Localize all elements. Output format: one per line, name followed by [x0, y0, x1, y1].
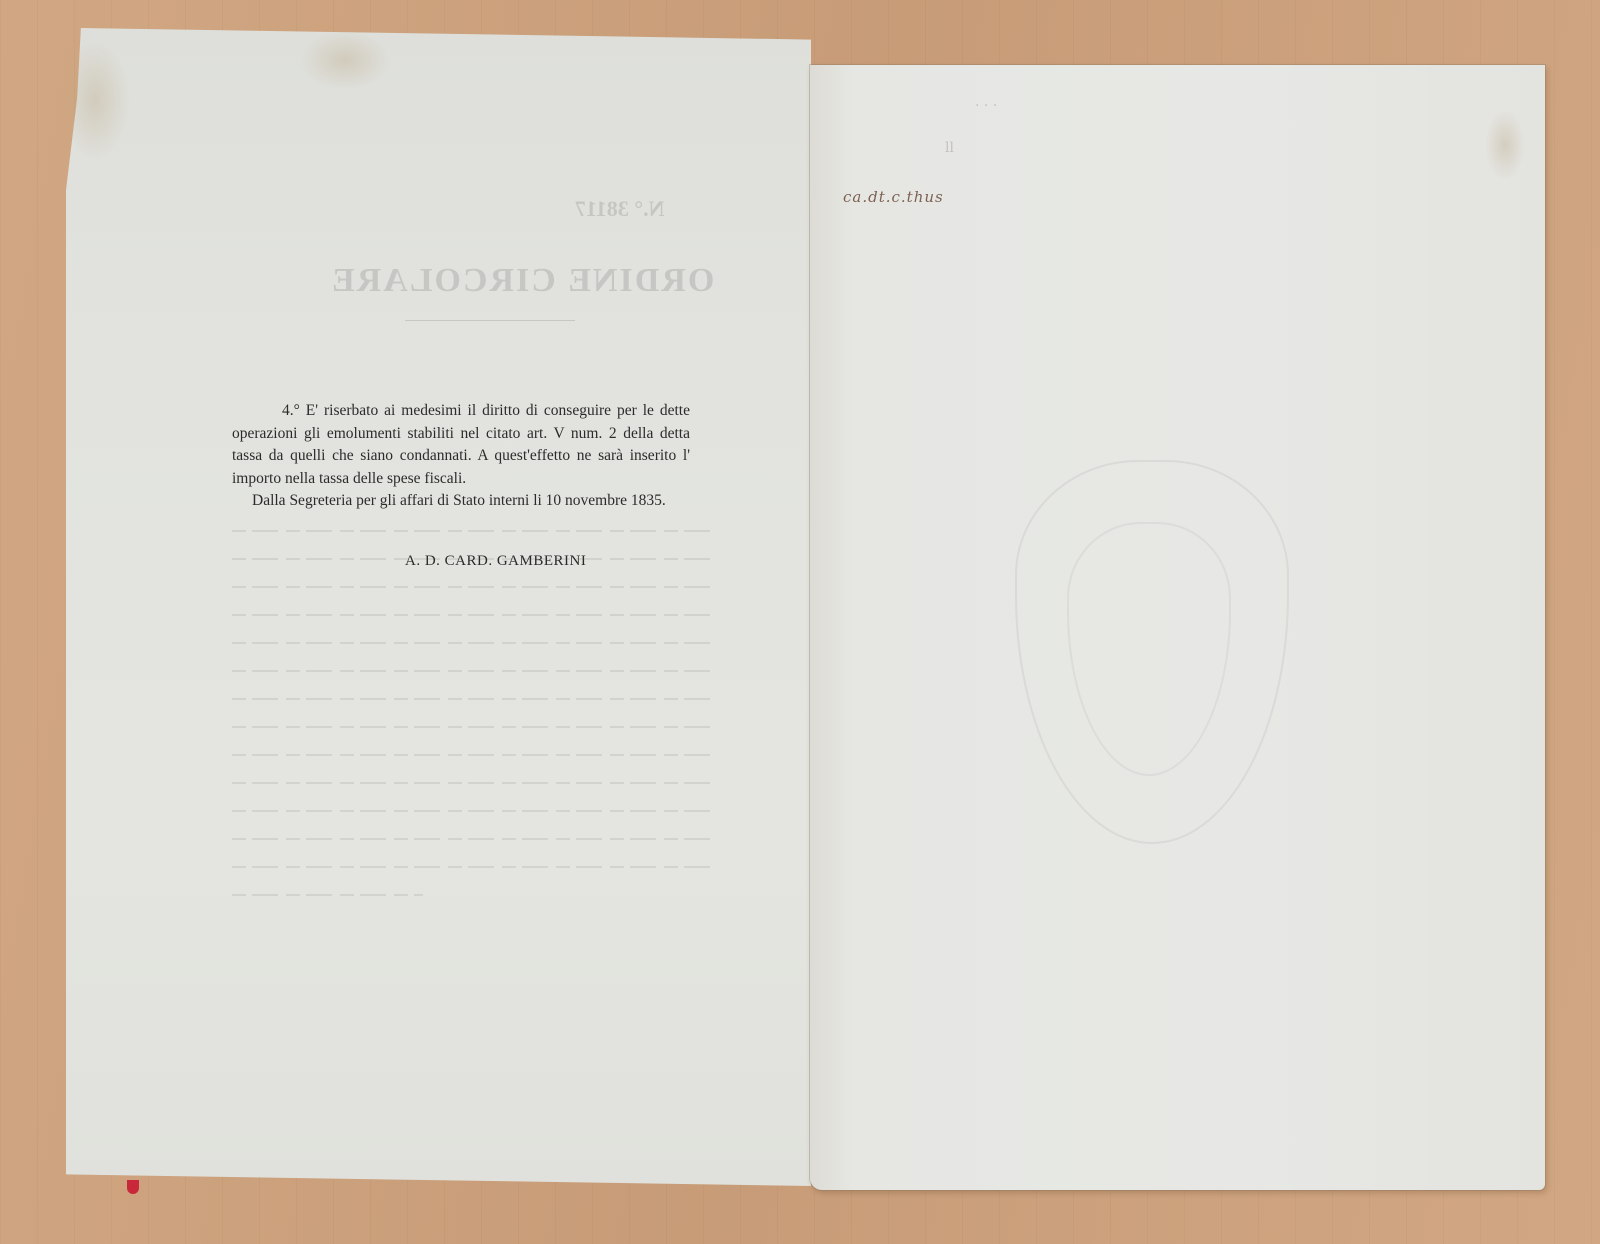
signature: A. D. CARD. GAMBERINI — [405, 553, 586, 570]
bleed-through-rule — [405, 320, 575, 321]
red-tab — [127, 1180, 139, 1194]
water-stain — [60, 40, 130, 160]
faint-pencil-mark: · · · — [975, 98, 997, 114]
closing-line: Dalla Segreteria per gli affari di Stato… — [232, 490, 690, 513]
paragraph-4: 4.° E' riserbato ai medesimi il diritto … — [232, 400, 690, 490]
printed-text: 4.° E' riserbato ai medesimi il diritto … — [232, 400, 690, 513]
bleed-through-number: N.° 38117 — [575, 196, 664, 222]
water-stain — [300, 30, 390, 90]
handwritten-note: ca.dt.c.thus — [843, 188, 944, 206]
bleed-through-text — [232, 530, 710, 922]
water-stain — [1485, 110, 1525, 180]
faint-pencil-mark: ll — [945, 140, 954, 156]
bleed-through-title: ORDINE CIRCOLARE — [330, 262, 714, 300]
